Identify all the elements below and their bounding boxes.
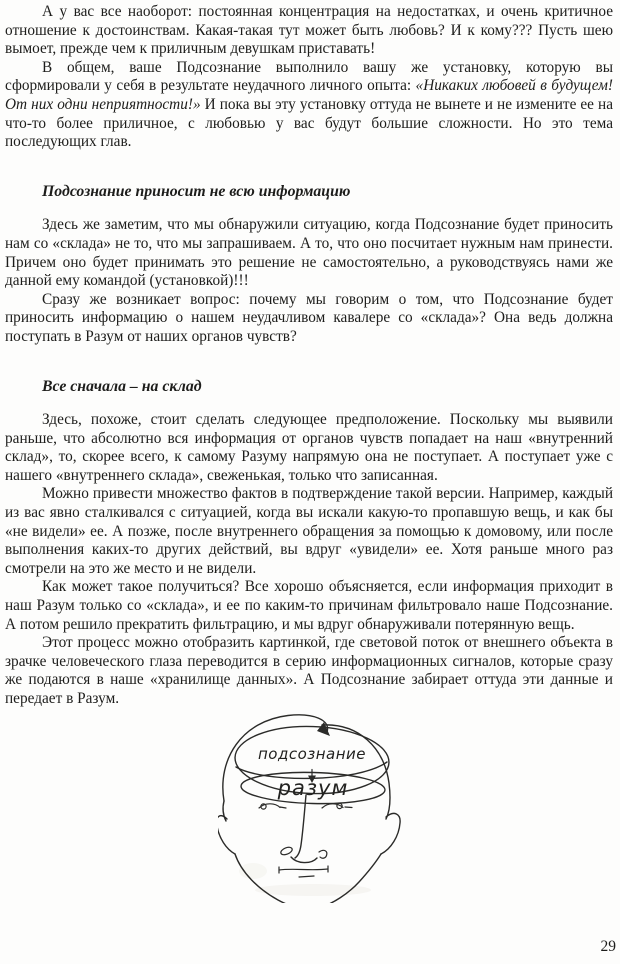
left-eye-tick (280, 807, 286, 808)
book-page: А у вас все наоборот: постоянная концент… (0, 0, 620, 903)
scan-smudge (255, 884, 371, 896)
section-heading-all-to-warehouse: Все сначала – на склад (5, 378, 613, 397)
right-nostril (319, 850, 327, 858)
lower-lip-line (299, 876, 314, 877)
page-number: 29 (601, 938, 617, 956)
mind-label: разум (277, 776, 349, 800)
right-eye-tick (345, 807, 352, 808)
left-nostril (280, 845, 294, 855)
skull-outline-right (322, 724, 390, 818)
nose-bridge (295, 795, 306, 858)
paragraph-light-process: Этот процесс можно отобразить картинкой,… (5, 634, 613, 708)
section-heading-subconscious-info: Подсознание приносит не всю информацию (5, 183, 613, 202)
paragraph-question-senses: Сразу же возникает вопрос: почему мы гов… (5, 291, 613, 347)
paragraph-filtering-explanation: Как может такое получиться? Все хорошо о… (5, 578, 613, 634)
head-diagram-figure: подсознание разум (5, 711, 613, 903)
paragraph-assumption: Здесь, похоже, стоит сделать следующее п… (5, 411, 613, 485)
right-ear (381, 813, 400, 854)
paragraph-criticism: А у вас все наоборот: постоянная концент… (5, 3, 613, 59)
subconscious-mind-head-illustration: подсознание разум (218, 711, 404, 903)
paragraph-installed-setting: В общем, ваше Подсознание выполнило вашу… (5, 59, 613, 152)
paragraph-lost-thing-example: Можно привести множество фактов в подтве… (5, 485, 613, 578)
right-eye (322, 803, 343, 807)
mouth-line (279, 869, 328, 870)
subconscious-label: подсознание (258, 745, 366, 763)
paragraph-warehouse-filtering: Здесь же заметим, что мы обнаружили ситу… (5, 216, 613, 290)
